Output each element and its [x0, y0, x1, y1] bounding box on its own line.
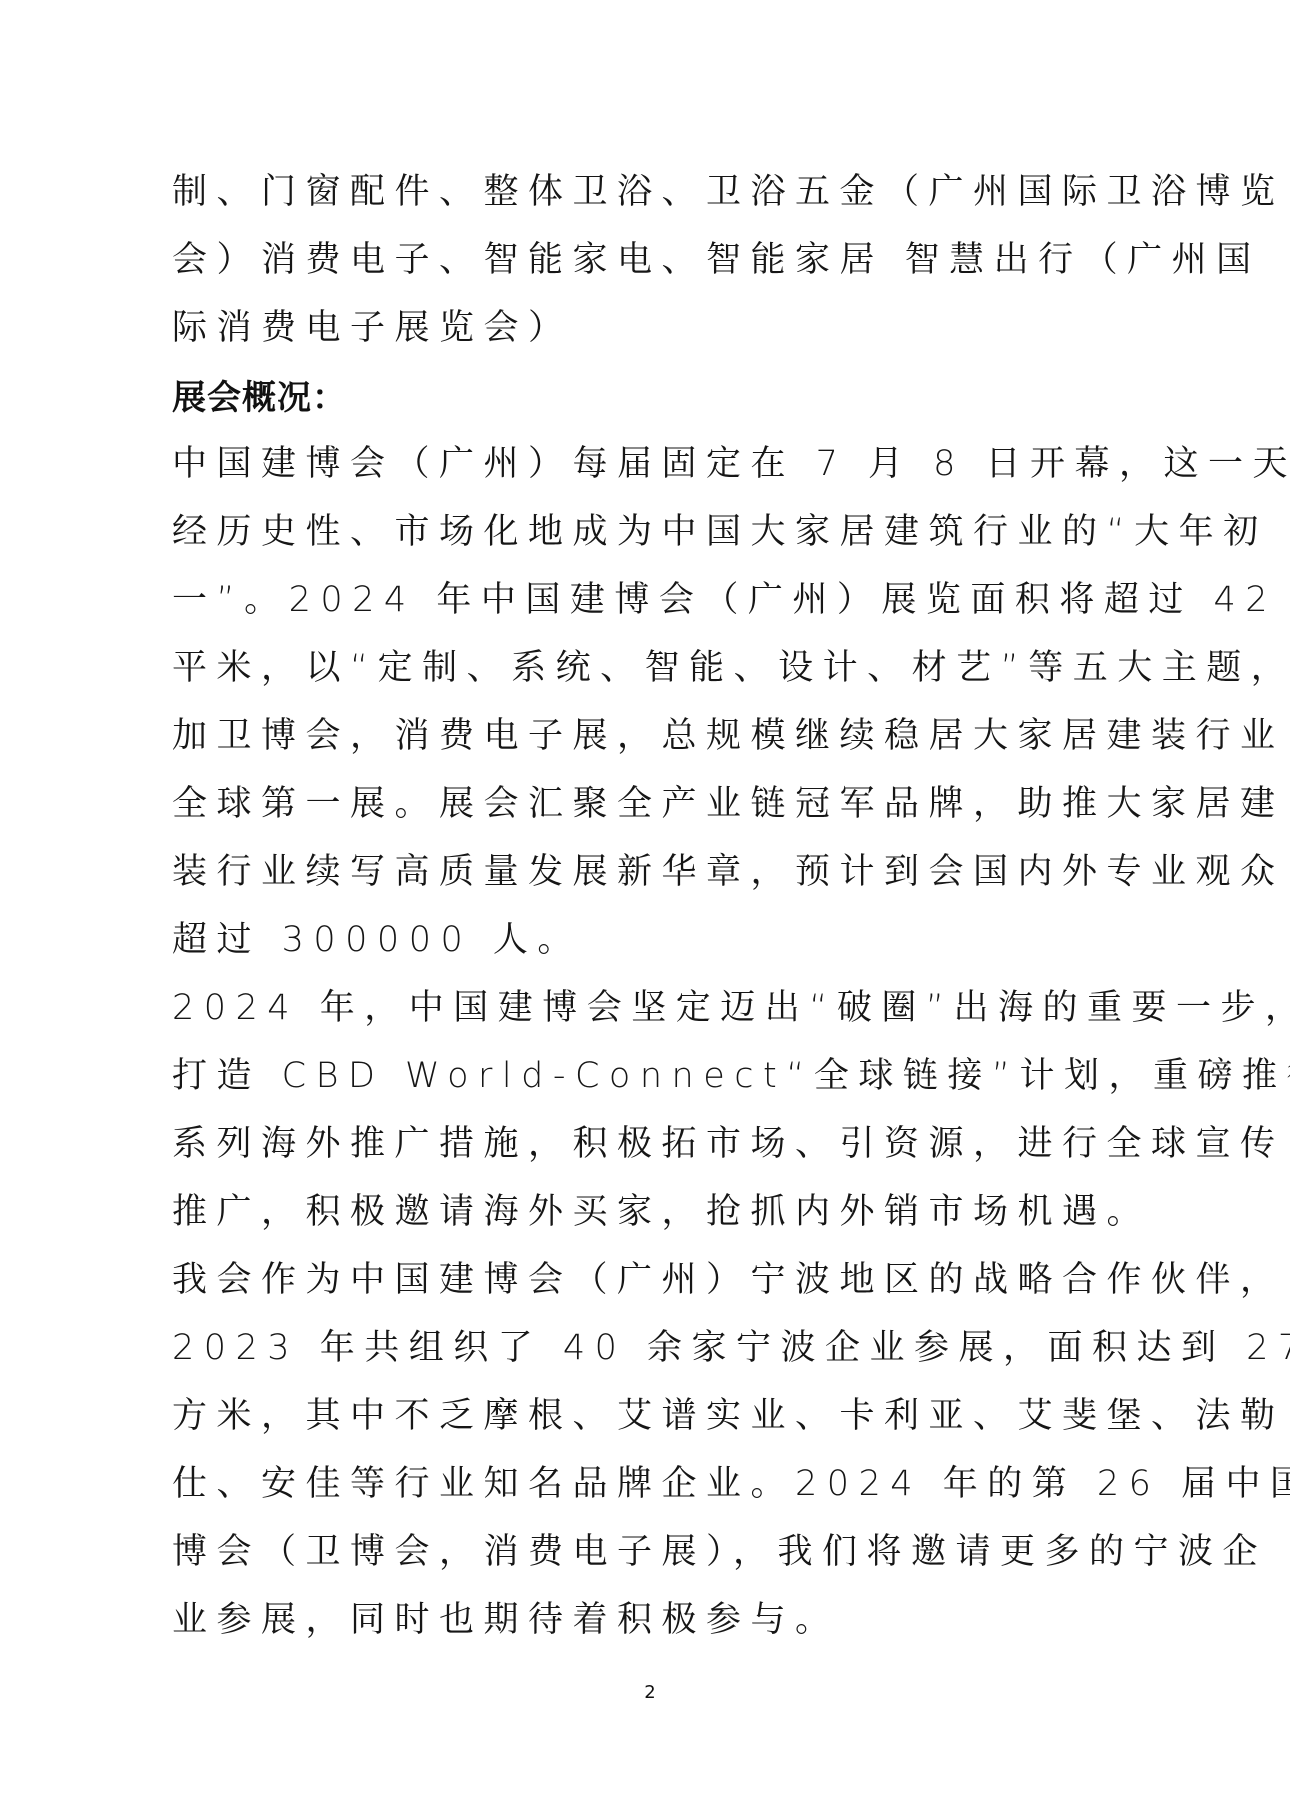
paragraph-1-line-3: 一”。2024 年中国建博会（广州）展览面积将超过 42 万: [172, 570, 1132, 630]
paragraph-1-line-2: 经历史性、市场化地成为中国大家居建筑行业的“大年初: [172, 502, 1132, 562]
paragraph-1-line-8: 超过 300000 人。: [172, 910, 1132, 970]
paragraph-2-line-3: 系列海外推广措施，积极拓市场、引资源，进行全球宣传: [172, 1114, 1132, 1174]
paragraph-2-line-2: 打造 CBD World-Connect“全球链接”计划，重磅推行一: [172, 1046, 1132, 1106]
paragraph-1-line-1: 中国建博会（广州）每届固定在 7 月 8 日开幕，这一天已: [172, 434, 1132, 494]
paragraph-1-line-4: 平米，以“定制、系统、智能、设计、材艺”等五大主题，: [172, 638, 1132, 698]
continuation-line-3: 际消费电子展览会）: [172, 298, 1132, 358]
paragraph-2-line-4: 推广，积极邀请海外买家，抢抓内外销市场机遇。: [172, 1182, 1132, 1242]
continuation-line-2: 会）消费电子、智能家电、智能家居 智慧出行（广州国: [172, 230, 1132, 290]
section-heading: 展会概况：: [172, 368, 347, 428]
paragraph-3-line-4: 仕、安佳等行业知名品牌企业。2024 年的第 26 届中国建: [172, 1454, 1132, 1514]
paragraph-1-line-6: 全球第一展。展会汇聚全产业链冠军品牌，助推大家居建: [172, 774, 1132, 834]
paragraph-3-line-5: 博会（卫博会，消费电子展），我们将邀请更多的宁波企: [172, 1522, 1132, 1582]
paragraph-3-line-1: 我会作为中国建博会（广州）宁波地区的战略合作伙伴，: [172, 1250, 1132, 1310]
paragraph-3-line-2: 2023 年共组织了 40 余家宁波企业参展，面积达到 2700 平: [172, 1318, 1132, 1378]
paragraph-3-line-3: 方米，其中不乏摩根、艾谱实业、卡利亚、艾斐堡、法勒: [172, 1386, 1132, 1446]
paragraph-2-line-1: 2024 年，中国建博会坚定迈出“破圈”出海的重要一步，: [172, 978, 1132, 1038]
continuation-line-1: 制、门窗配件、整体卫浴、卫浴五金（广州国际卫浴博览: [172, 162, 1132, 222]
paragraph-3-line-6: 业参展，同时也期待着积极参与。: [172, 1590, 1132, 1650]
paragraph-1-line-7: 装行业续写高质量发展新华章，预计到会国内外专业观众: [172, 842, 1132, 902]
paragraph-1-line-5: 加卫博会，消费电子展，总规模继续稳居大家居建装行业: [172, 706, 1132, 766]
document-page: 制、门窗配件、整体卫浴、卫浴五金（广州国际卫浴博览 会）消费电子、智能家电、智能…: [0, 0, 1290, 1805]
page-number: 2: [640, 1680, 660, 1706]
